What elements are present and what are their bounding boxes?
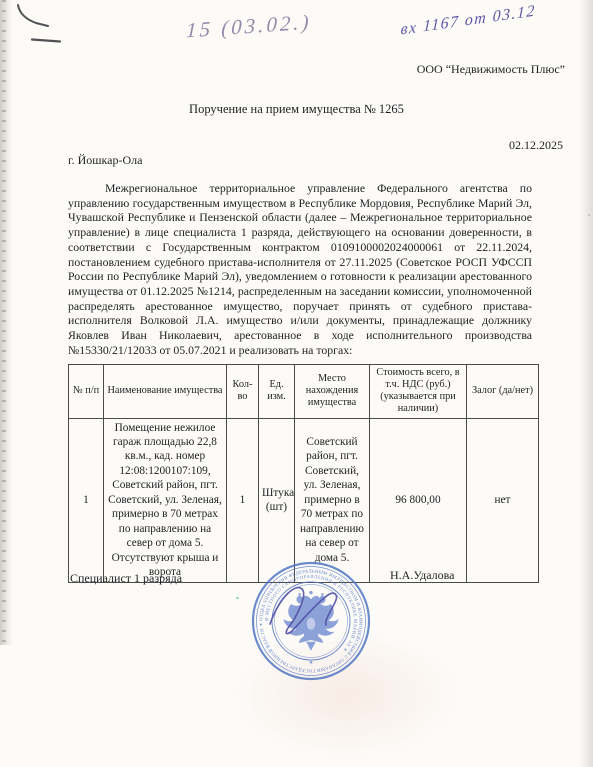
cell-cost: 96 800,00 — [370, 418, 467, 582]
scan-edge-left-artifact — [0, 0, 13, 645]
header-cell-cost: Стоимость всего, в т.ч. НДС (руб.) (указ… — [370, 365, 467, 419]
header-cell-pledge: Залог (да/нет) — [467, 365, 539, 419]
cell-pledge: нет — [467, 418, 539, 582]
cell-name: Помещение нежилое гараж площадью 22,8 кв… — [104, 418, 227, 582]
header-cell-quantity: Кол-во — [227, 365, 259, 419]
header-cell-name: Наименование имущества — [104, 365, 227, 419]
header-cell-unit: Ед. изм. — [259, 365, 295, 419]
handwritten-number-note: 15 (03.02.) — [186, 10, 312, 44]
handwritten-registration-note: вх 1167 от 03.12 — [400, 2, 536, 39]
stamp-star: ✶ — [308, 660, 313, 667]
signatory-position: Специалист 1 разряда — [70, 571, 182, 586]
signatory-name: Н.А.Удалова — [390, 568, 455, 583]
scan-speck — [588, 214, 590, 216]
document-city: г. Йошкар-Ола — [68, 153, 142, 168]
document-body-paragraph: Межрегиональное территориальное управлен… — [68, 181, 532, 357]
pen-check-marks — [6, 0, 76, 50]
document-date: 02.12.2025 — [509, 138, 563, 153]
table-header-row: № п/п Наименование имущества Кол-во Ед. … — [69, 365, 539, 419]
cell-number: 1 — [69, 418, 104, 582]
scanned-document-page: 15 (03.02.) вх 1167 от 03.12 ООО “Недвиж… — [0, 0, 593, 767]
signature-stroke — [252, 578, 362, 648]
header-cell-location: Место нахождения имущества — [295, 365, 370, 419]
header-cell-number: № п/п — [69, 365, 104, 419]
property-table: № п/п Наименование имущества Кол-во Ед. … — [68, 364, 539, 583]
document-title: Поручение на прием имущества № 1265 — [0, 102, 593, 117]
company-name: ООО “Недвижимость Плюс” — [417, 62, 565, 77]
scan-speck — [236, 597, 239, 599]
